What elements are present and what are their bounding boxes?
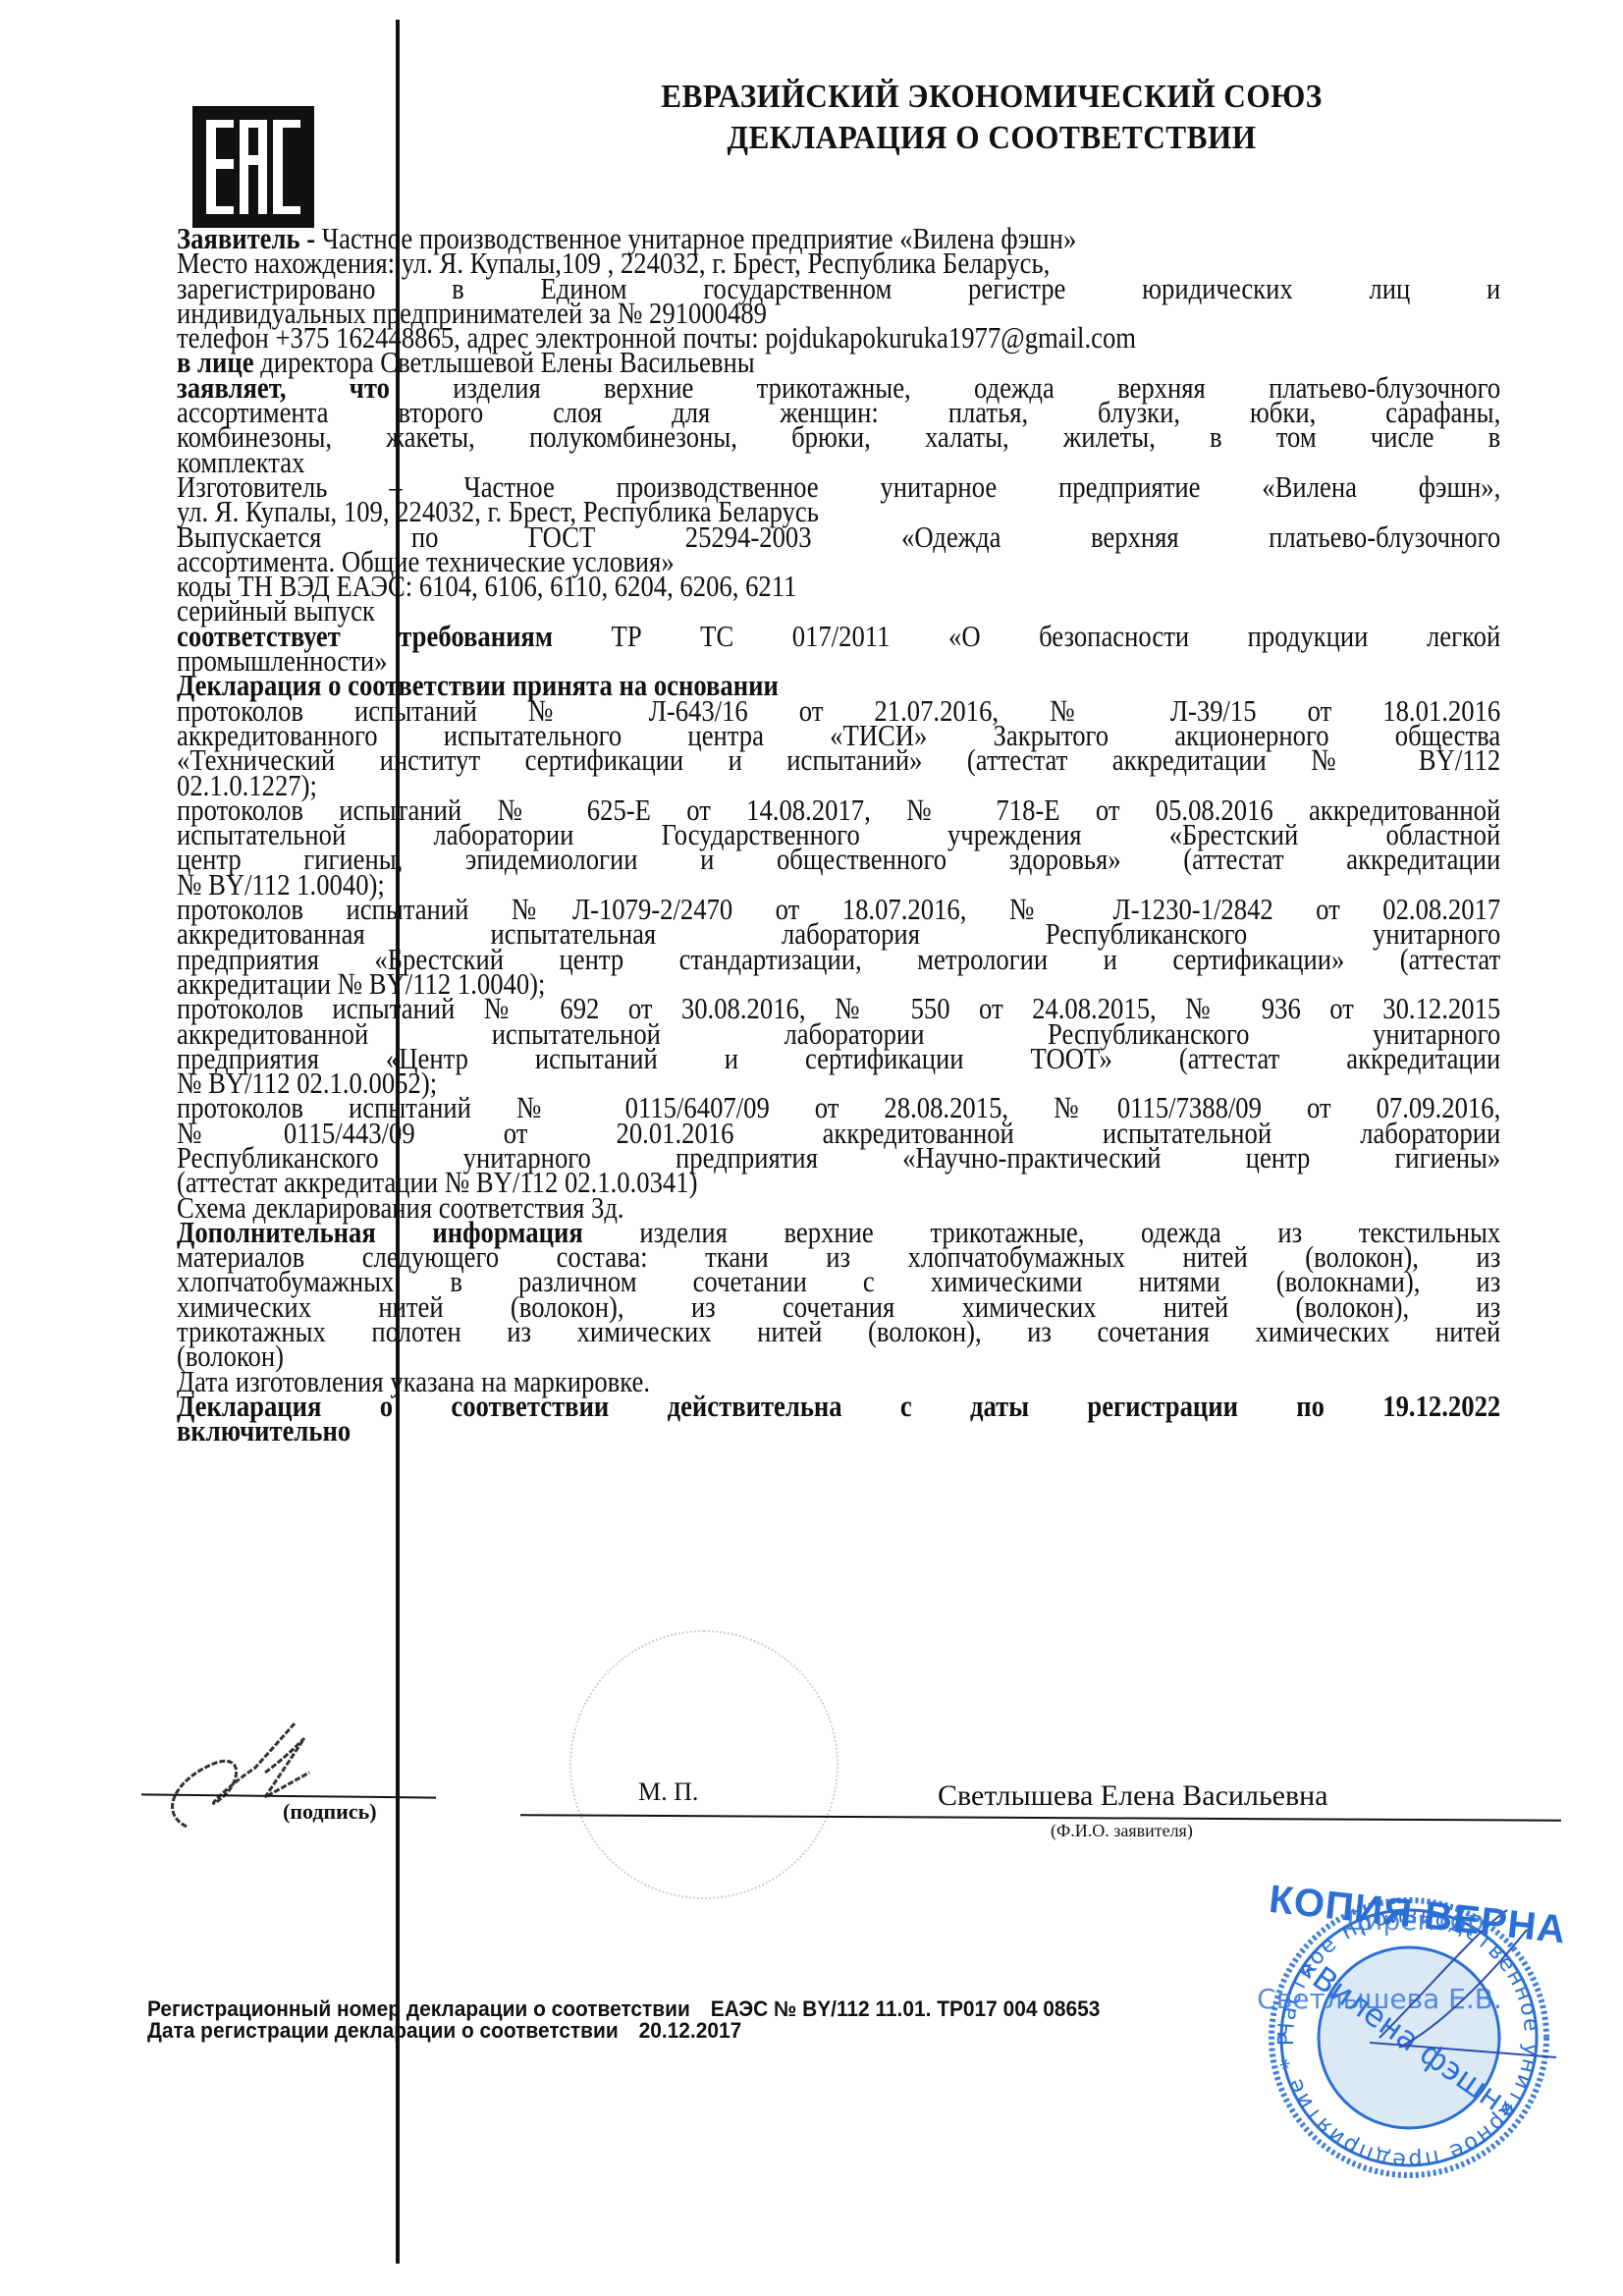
svg-text:Светлышева Е.В.: Светлышева Е.В. bbox=[1257, 1983, 1502, 2015]
declares-line-3: комбинезоны, жакеты, полукомбинезоны, бр… bbox=[177, 424, 1500, 449]
registration-number: ЕАЭС № BY/112 11.01. ТР017 004 08653 bbox=[711, 1996, 1101, 2021]
applicant-name-caption: (Ф.И.О. заявителя) bbox=[1051, 1821, 1193, 1841]
declaration-body: Заявитель - Частное производственное уни… bbox=[177, 226, 1500, 1444]
document-header: ЕВРАЗИЙСКИЙ ЭКОНОМИЧЕСКИЙ СОЮЗ ДЕКЛАРАЦИ… bbox=[585, 77, 1398, 159]
hs-codes: коды ТН ВЭД ЕАЭС: 6104, 6106, 6110, 6204… bbox=[177, 574, 1500, 598]
signature-caption: (подпись) bbox=[283, 1799, 377, 1825]
header-title: ДЕКЛАРАЦИЯ О СООТВЕТСТВИИ bbox=[585, 118, 1398, 159]
registration-info: Регистрационный номер декларации о соотв… bbox=[147, 1998, 1100, 2042]
registration-number-row: Регистрационный номер декларации о соотв… bbox=[147, 1998, 1100, 2020]
eac-logo-icon bbox=[192, 106, 314, 228]
protocols-list: протоколов испытаний № Л-643/16 от 21.07… bbox=[177, 698, 1500, 1195]
validity-line-2: включительно bbox=[177, 1418, 1500, 1443]
registration-date: 20.12.2017 bbox=[639, 2018, 742, 2043]
header-union: ЕВРАЗИЙСКИЙ ЭКОНОМИЧЕСКИЙ СОЮЗ bbox=[585, 77, 1398, 118]
validity-line-1: Декларация о соответствии действительна … bbox=[177, 1394, 1500, 1418]
seal-label: М. П. bbox=[638, 1777, 698, 1807]
applicant-name-line bbox=[520, 1814, 1561, 1822]
additional-line-5: трикотажных полотен из химических нитей … bbox=[177, 1319, 1500, 1343]
protocol-line: «Технический институт сертификации и исп… bbox=[177, 747, 1500, 772]
signature-area: (подпись) М. П. Светлышева Елена Василье… bbox=[137, 1758, 1551, 1876]
applicant-full-name: Светлышева Елена Васильевна bbox=[938, 1779, 1328, 1813]
registration-date-row: Дата регистрации декларации о соответств… bbox=[147, 2020, 1100, 2042]
